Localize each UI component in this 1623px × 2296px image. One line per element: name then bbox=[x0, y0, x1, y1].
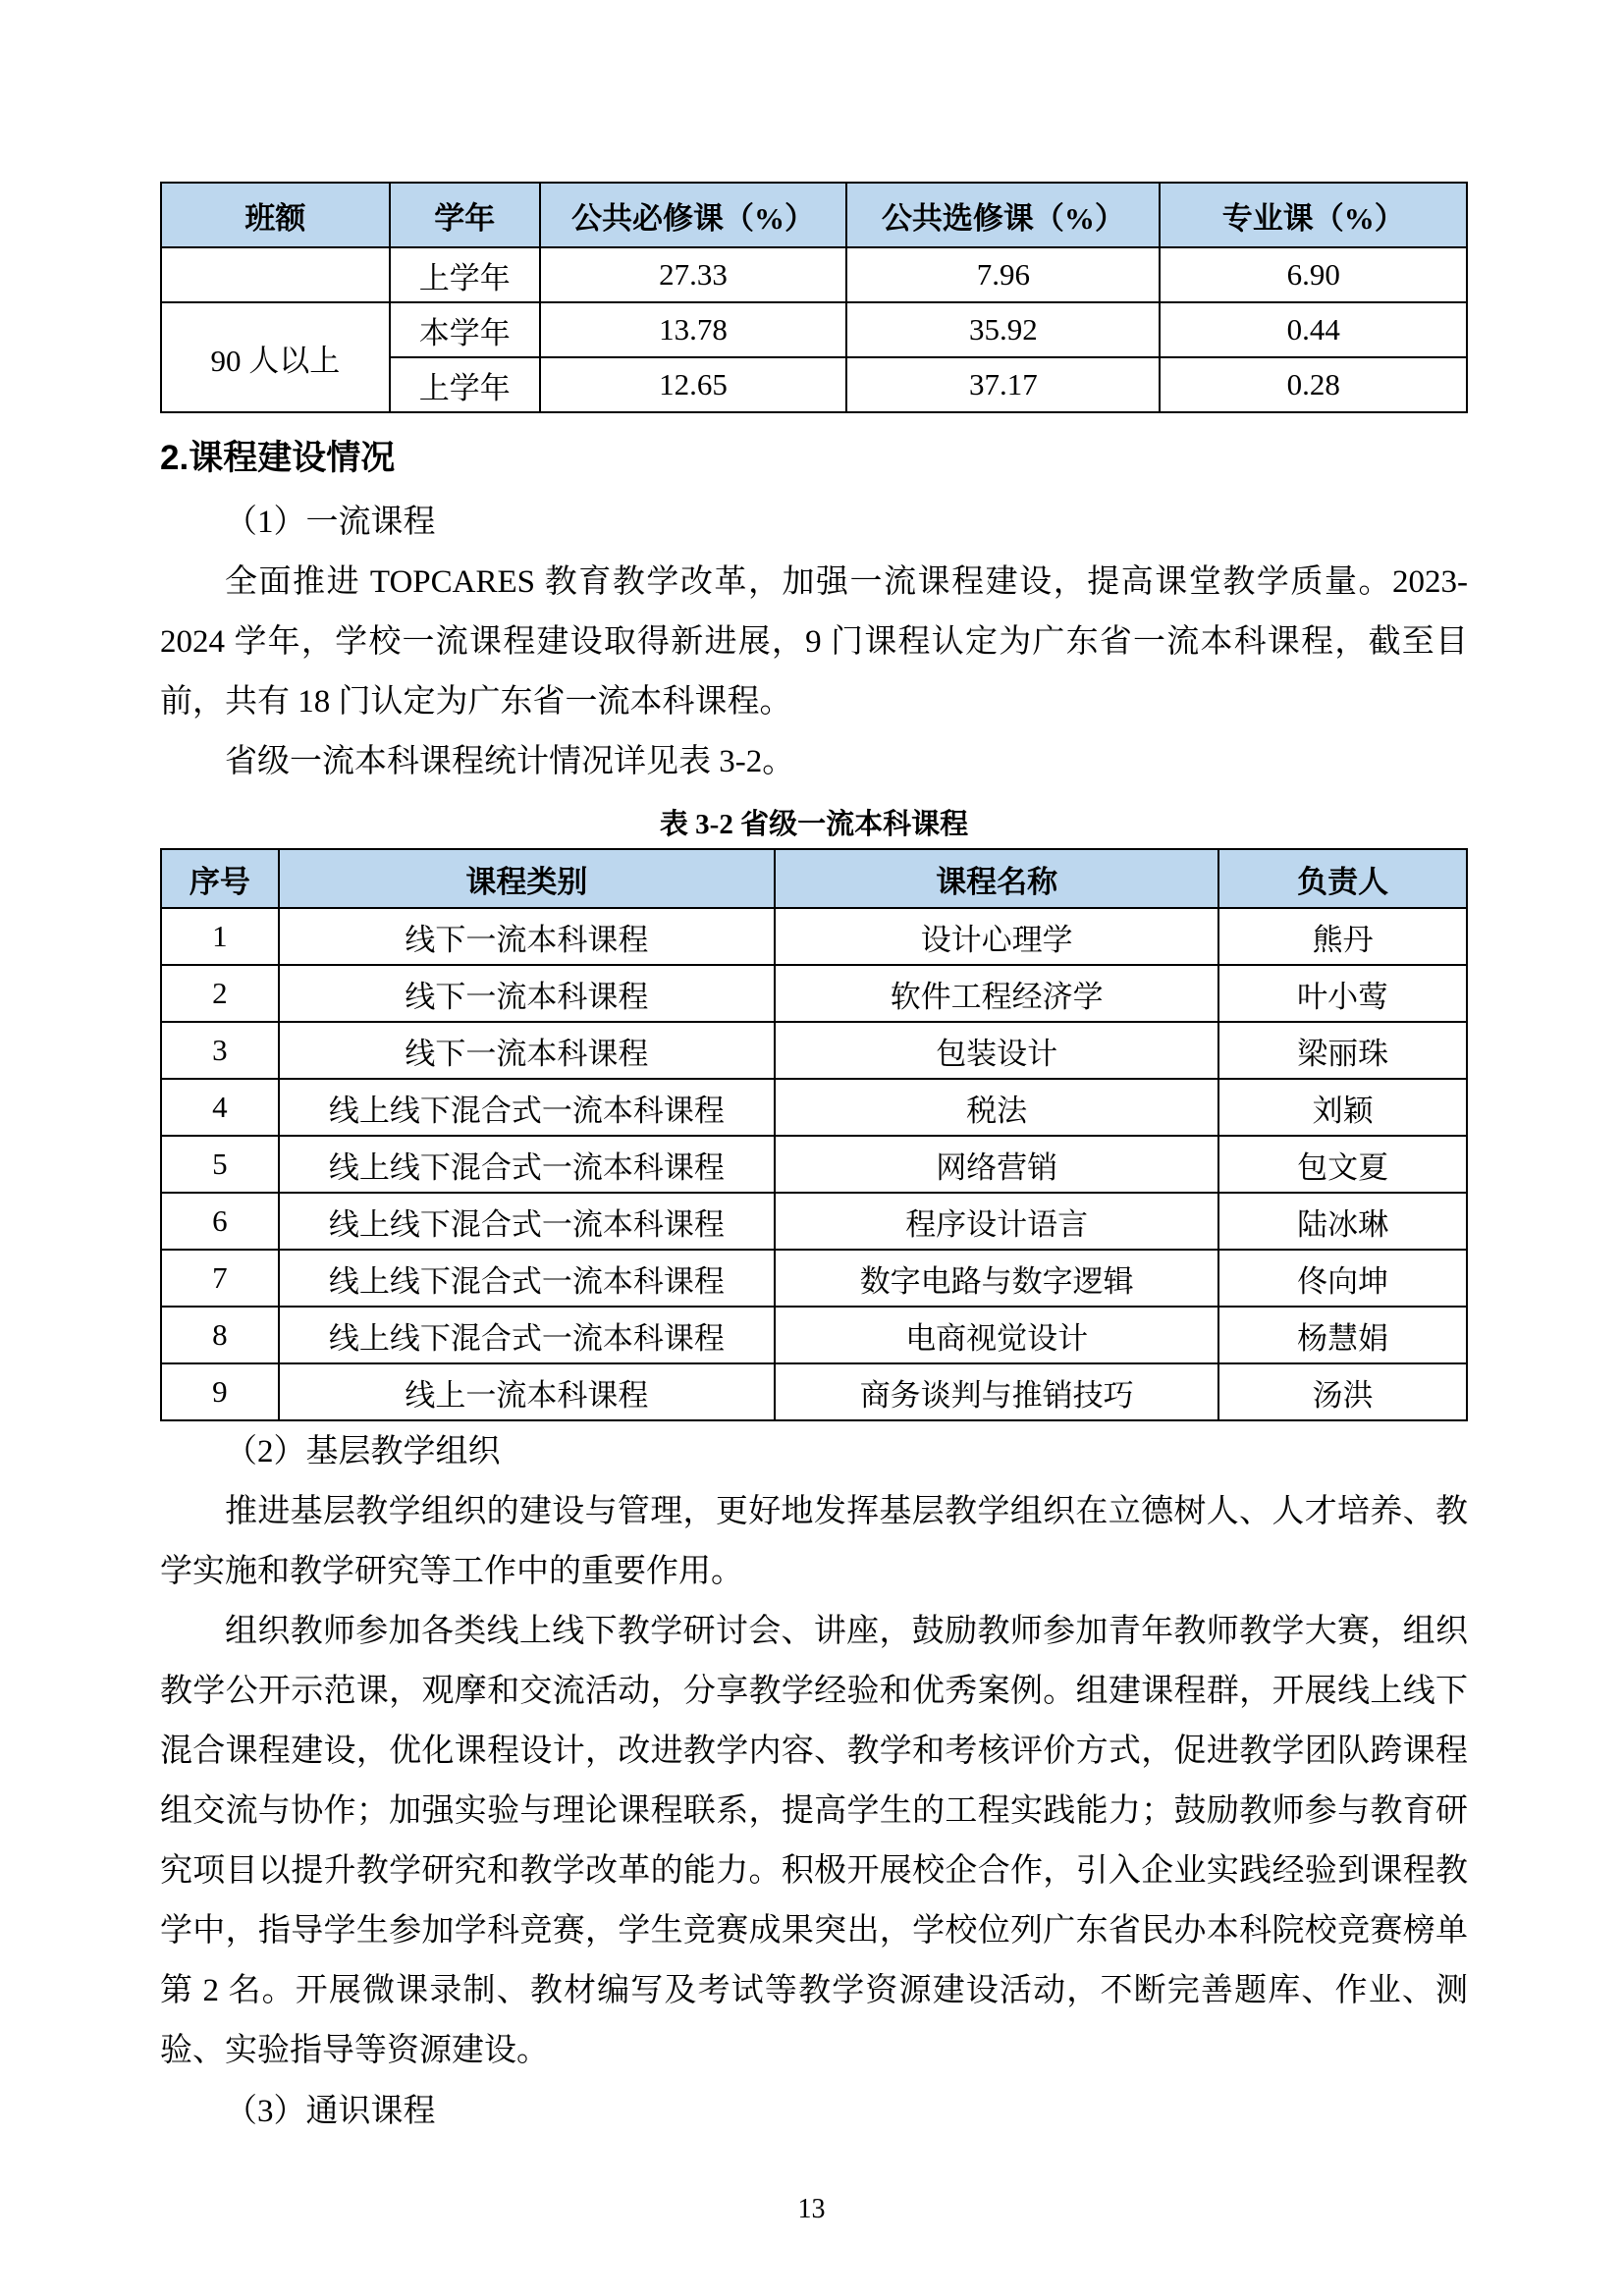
table-cell: 叶小莺 bbox=[1218, 965, 1467, 1022]
table-cell: 税法 bbox=[775, 1079, 1218, 1136]
table-cell: 8 bbox=[161, 1307, 279, 1363]
table-header-cell: 公共必修课（%） bbox=[540, 183, 847, 247]
paragraph-first-class-courses: 全面推进 TOPCARES 教育教学改革，加强一流课程建设，提高课堂教学质量。2… bbox=[160, 553, 1468, 732]
table-row: 2 线下一流本科课程 软件工程经济学 叶小莺 bbox=[161, 965, 1467, 1022]
table-row: 上学年 27.33 7.96 6.90 bbox=[161, 247, 1467, 302]
table-cell: 7 bbox=[161, 1250, 279, 1307]
table-header-cell: 序号 bbox=[161, 849, 279, 908]
paragraph-teaching-org: 推进基层教学组织的建设与管理，更好地发挥基层教学组织在立德树人、人才培养、教学实… bbox=[160, 1482, 1468, 1602]
table-cell: 梁丽珠 bbox=[1218, 1022, 1467, 1079]
table-cell: 刘颖 bbox=[1218, 1079, 1467, 1136]
table-cell: 线下一流本科课程 bbox=[279, 1022, 775, 1079]
table-cell: 程序设计语言 bbox=[775, 1193, 1218, 1250]
table-header-cell: 专业课（%） bbox=[1160, 183, 1467, 247]
table-row: 5 线上线下混合式一流本科课程 网络营销 包文夏 bbox=[161, 1136, 1467, 1193]
table-header-cell: 公共选修课（%） bbox=[846, 183, 1160, 247]
table-cell: 汤洪 bbox=[1218, 1363, 1467, 1420]
table-cell: 线上线下混合式一流本科课程 bbox=[279, 1079, 775, 1136]
table-cell: 9 bbox=[161, 1363, 279, 1420]
table-cell: 网络营销 bbox=[775, 1136, 1218, 1193]
table-cell: 包装设计 bbox=[775, 1022, 1218, 1079]
table-header-cell: 学年 bbox=[390, 183, 540, 247]
table-cell: 包文夏 bbox=[1218, 1136, 1467, 1193]
table-cell: 3 bbox=[161, 1022, 279, 1079]
table-row: 7 线上线下混合式一流本科课程 数字电路与数字逻辑 佟向坤 bbox=[161, 1250, 1467, 1307]
table-cell: 27.33 bbox=[540, 247, 847, 302]
table-cell: 6.90 bbox=[1160, 247, 1467, 302]
table-cell: 上学年 bbox=[390, 357, 540, 412]
table-cell: 陆冰琳 bbox=[1218, 1193, 1467, 1250]
table-cell: 0.44 bbox=[1160, 302, 1467, 357]
table-cell: 熊丹 bbox=[1218, 908, 1467, 965]
page-content: 班额 学年 公共必修课（%） 公共选修课（%） 专业课（%） 上学年 27.33… bbox=[0, 0, 1623, 2142]
table-cell: 线上线下混合式一流本科课程 bbox=[279, 1250, 775, 1307]
table-cell: 上学年 bbox=[390, 247, 540, 302]
class-size-table-header-row: 班额 学年 公共必修课（%） 公共选修课（%） 专业课（%） bbox=[161, 183, 1467, 247]
table-cell: 线上线下混合式一流本科课程 bbox=[279, 1307, 775, 1363]
table-cell: 商务谈判与推销技巧 bbox=[775, 1363, 1218, 1420]
document-page: { "colors": { "table_header_bg": "#BDD7E… bbox=[0, 0, 1623, 2296]
subsection-heading-teaching-org: （2）基层教学组织 bbox=[160, 1421, 1468, 1482]
table-cell: 本学年 bbox=[390, 302, 540, 357]
table-header-cell: 课程类别 bbox=[279, 849, 775, 908]
table-cell: 7.96 bbox=[846, 247, 1160, 302]
table-row: 8 线上线下混合式一流本科课程 电商视觉设计 杨慧娟 bbox=[161, 1307, 1467, 1363]
table-cell: 设计心理学 bbox=[775, 908, 1218, 965]
table-cell: 杨慧娟 bbox=[1218, 1307, 1467, 1363]
table-row: 4 线上线下混合式一流本科课程 税法 刘颖 bbox=[161, 1079, 1467, 1136]
table-cell bbox=[161, 247, 390, 302]
table-row: 3 线下一流本科课程 包装设计 梁丽珠 bbox=[161, 1022, 1467, 1079]
table-cell: 线下一流本科课程 bbox=[279, 965, 775, 1022]
paragraph-table-reference: 省级一流本科课程统计情况详见表 3-2。 bbox=[160, 732, 1468, 792]
table-cell: 1 bbox=[161, 908, 279, 965]
class-size-table: 班额 学年 公共必修课（%） 公共选修课（%） 专业课（%） 上学年 27.33… bbox=[160, 182, 1468, 413]
paragraph-teaching-activities: 组织教师参加各类线上线下教学研讨会、讲座，鼓励教师参加青年教师教学大赛，组织教学… bbox=[160, 1602, 1468, 2081]
table-header-cell: 负责人 bbox=[1218, 849, 1467, 908]
subsection-heading-first-class-courses: （1）一流课程 bbox=[160, 492, 1468, 553]
table-row: 6 线上线下混合式一流本科课程 程序设计语言 陆冰琳 bbox=[161, 1193, 1467, 1250]
table-cell: 数字电路与数字逻辑 bbox=[775, 1250, 1218, 1307]
page-number: 13 bbox=[0, 2194, 1623, 2225]
table-header-cell: 课程名称 bbox=[775, 849, 1218, 908]
table-row: 1 线下一流本科课程 设计心理学 熊丹 bbox=[161, 908, 1467, 965]
table-cell: 13.78 bbox=[540, 302, 847, 357]
section-heading: 2.课程建设情况 bbox=[160, 437, 1468, 480]
table-cell: 37.17 bbox=[846, 357, 1160, 412]
table-cell-class-size-group: 90 人以上 bbox=[161, 302, 390, 412]
courses-table: 序号 课程类别 课程名称 负责人 1 线下一流本科课程 设计心理学 熊丹 2 线… bbox=[160, 848, 1468, 1421]
table-cell: 线上线下混合式一流本科课程 bbox=[279, 1193, 775, 1250]
table-cell: 35.92 bbox=[846, 302, 1160, 357]
table-cell: 佟向坤 bbox=[1218, 1250, 1467, 1307]
table-cell: 电商视觉设计 bbox=[775, 1307, 1218, 1363]
table-cell: 线上一流本科课程 bbox=[279, 1363, 775, 1420]
courses-table-header-row: 序号 课程类别 课程名称 负责人 bbox=[161, 849, 1467, 908]
table-cell: 线下一流本科课程 bbox=[279, 908, 775, 965]
table-cell: 12.65 bbox=[540, 357, 847, 412]
table-header-cell: 班额 bbox=[161, 183, 390, 247]
table-cell: 4 bbox=[161, 1079, 279, 1136]
table-caption: 表 3-2 省级一流本科课程 bbox=[160, 802, 1468, 842]
table-cell: 线上线下混合式一流本科课程 bbox=[279, 1136, 775, 1193]
table-cell: 软件工程经济学 bbox=[775, 965, 1218, 1022]
table-cell: 0.28 bbox=[1160, 357, 1467, 412]
table-row: 9 线上一流本科课程 商务谈判与推销技巧 汤洪 bbox=[161, 1363, 1467, 1420]
table-cell: 6 bbox=[161, 1193, 279, 1250]
table-cell: 5 bbox=[161, 1136, 279, 1193]
table-cell: 2 bbox=[161, 965, 279, 1022]
subsection-heading-general-courses: （3）通识课程 bbox=[160, 2081, 1468, 2142]
table-row: 90 人以上 本学年 13.78 35.92 0.44 bbox=[161, 302, 1467, 357]
